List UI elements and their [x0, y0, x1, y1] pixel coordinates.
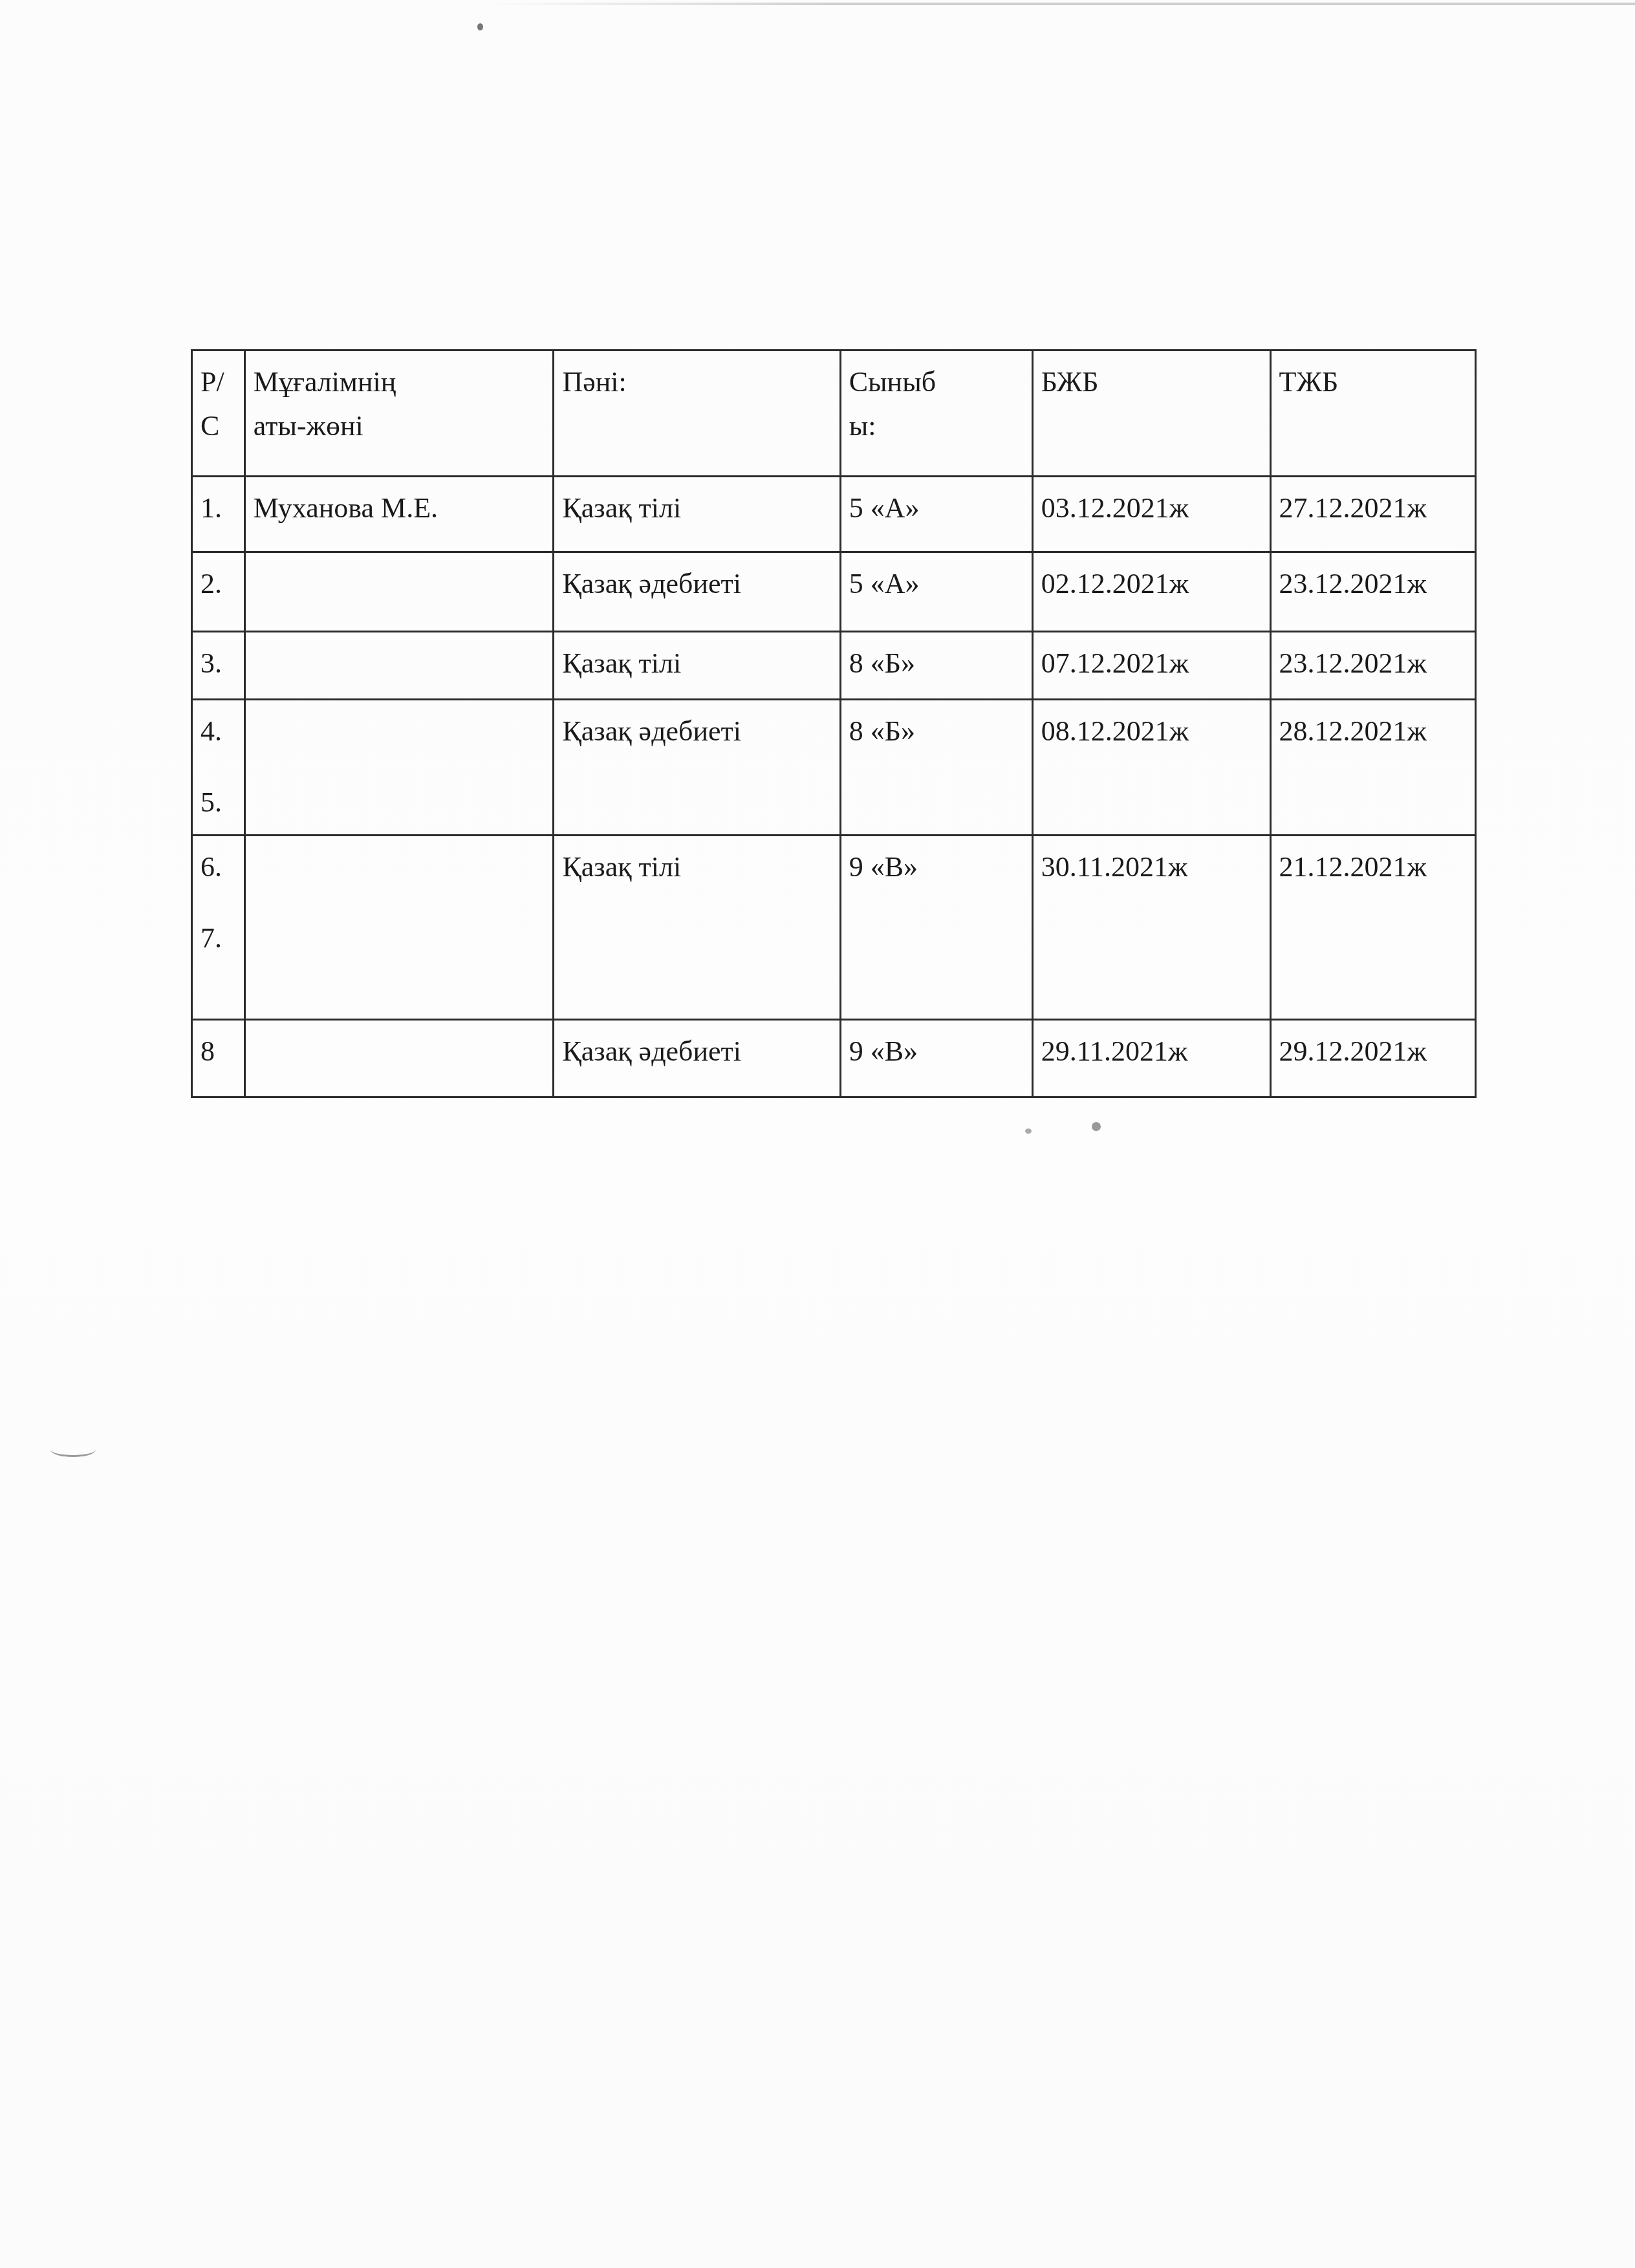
row-tzhb-date: 23.12.2021ж	[1270, 552, 1475, 632]
row-num: 8	[192, 1020, 245, 1097]
row-teacher	[244, 836, 554, 1020]
header-class: Сыныб ы:	[840, 351, 1032, 477]
scan-mark	[50, 1442, 96, 1457]
row-teacher	[244, 552, 554, 632]
row-class: 8 «Б»	[840, 632, 1032, 700]
table-row: 6. 7. Қазақ тілі 9 «В» 30.11.2021ж 21.12…	[192, 836, 1476, 1020]
row-subject: Қазақ тілі	[554, 632, 840, 700]
row-teacher	[244, 1020, 554, 1097]
scanned-page: Р/ С Мұғалімнің аты-жөні Пәні: Сыныб ы: …	[0, 0, 1635, 2268]
table-row: 4. 5. Қазақ әдебиеті 8 «Б» 08.12.2021ж 2…	[192, 700, 1476, 836]
row-bzhb-date: 30.11.2021ж	[1032, 836, 1270, 1020]
table-row: 2. Қазақ әдебиеті 5 «А» 02.12.2021ж 23.1…	[192, 552, 1476, 632]
scan-speck	[477, 23, 483, 30]
row-num: 4. 5.	[192, 700, 245, 836]
row-bzhb-date: 03.12.2021ж	[1032, 477, 1270, 552]
scan-edge-shadow	[492, 3, 1635, 5]
row-tzhb-date: 21.12.2021ж	[1270, 836, 1475, 1020]
row-num: 2.	[192, 552, 245, 632]
row-num: 1.	[192, 477, 245, 552]
scan-speck	[1092, 1122, 1101, 1131]
row-teacher: Муханова М.Е.	[244, 477, 554, 552]
row-tzhb-date: 29.12.2021ж	[1270, 1020, 1475, 1097]
header-num: Р/ С	[192, 351, 245, 477]
header-subject: Пәні:	[554, 351, 840, 477]
row-tzhb-date: 27.12.2021ж	[1270, 477, 1475, 552]
row-class: 9 «В»	[840, 836, 1032, 1020]
row-bzhb-date: 29.11.2021ж	[1032, 1020, 1270, 1097]
row-subject: Қазақ әдебиеті	[554, 1020, 840, 1097]
row-teacher	[244, 632, 554, 700]
row-num: 3.	[192, 632, 245, 700]
row-bzhb-date: 02.12.2021ж	[1032, 552, 1270, 632]
row-subject: Қазақ тілі	[554, 836, 840, 1020]
row-class: 9 «В»	[840, 1020, 1032, 1097]
assessment-schedule-table: Р/ С Мұғалімнің аты-жөні Пәні: Сыныб ы: …	[191, 349, 1477, 1098]
row-subject: Қазақ әдебиеті	[554, 552, 840, 632]
row-teacher	[244, 700, 554, 836]
row-tzhb-date: 23.12.2021ж	[1270, 632, 1475, 700]
row-subject: Қазақ тілі	[554, 477, 840, 552]
row-bzhb-date: 07.12.2021ж	[1032, 632, 1270, 700]
row-num: 6. 7.	[192, 836, 245, 1020]
row-class: 5 «А»	[840, 552, 1032, 632]
row-tzhb-date: 28.12.2021ж	[1270, 700, 1475, 836]
row-bzhb-date: 08.12.2021ж	[1032, 700, 1270, 836]
header-teacher: Мұғалімнің аты-жөні	[244, 351, 554, 477]
table-row: 3. Қазақ тілі 8 «Б» 07.12.2021ж 23.12.20…	[192, 632, 1476, 700]
table-row: 8 Қазақ әдебиеті 9 «В» 29.11.2021ж 29.12…	[192, 1020, 1476, 1097]
table-header-row: Р/ С Мұғалімнің аты-жөні Пәні: Сыныб ы: …	[192, 351, 1476, 477]
row-class: 5 «А»	[840, 477, 1032, 552]
header-bzhb: БЖБ	[1032, 351, 1270, 477]
row-class: 8 «Б»	[840, 700, 1032, 836]
header-tzhb: ТЖБ	[1270, 351, 1475, 477]
scan-speck	[1025, 1129, 1032, 1134]
row-subject: Қазақ әдебиеті	[554, 700, 840, 836]
table-row: 1. Муханова М.Е. Қазақ тілі 5 «А» 03.12.…	[192, 477, 1476, 552]
